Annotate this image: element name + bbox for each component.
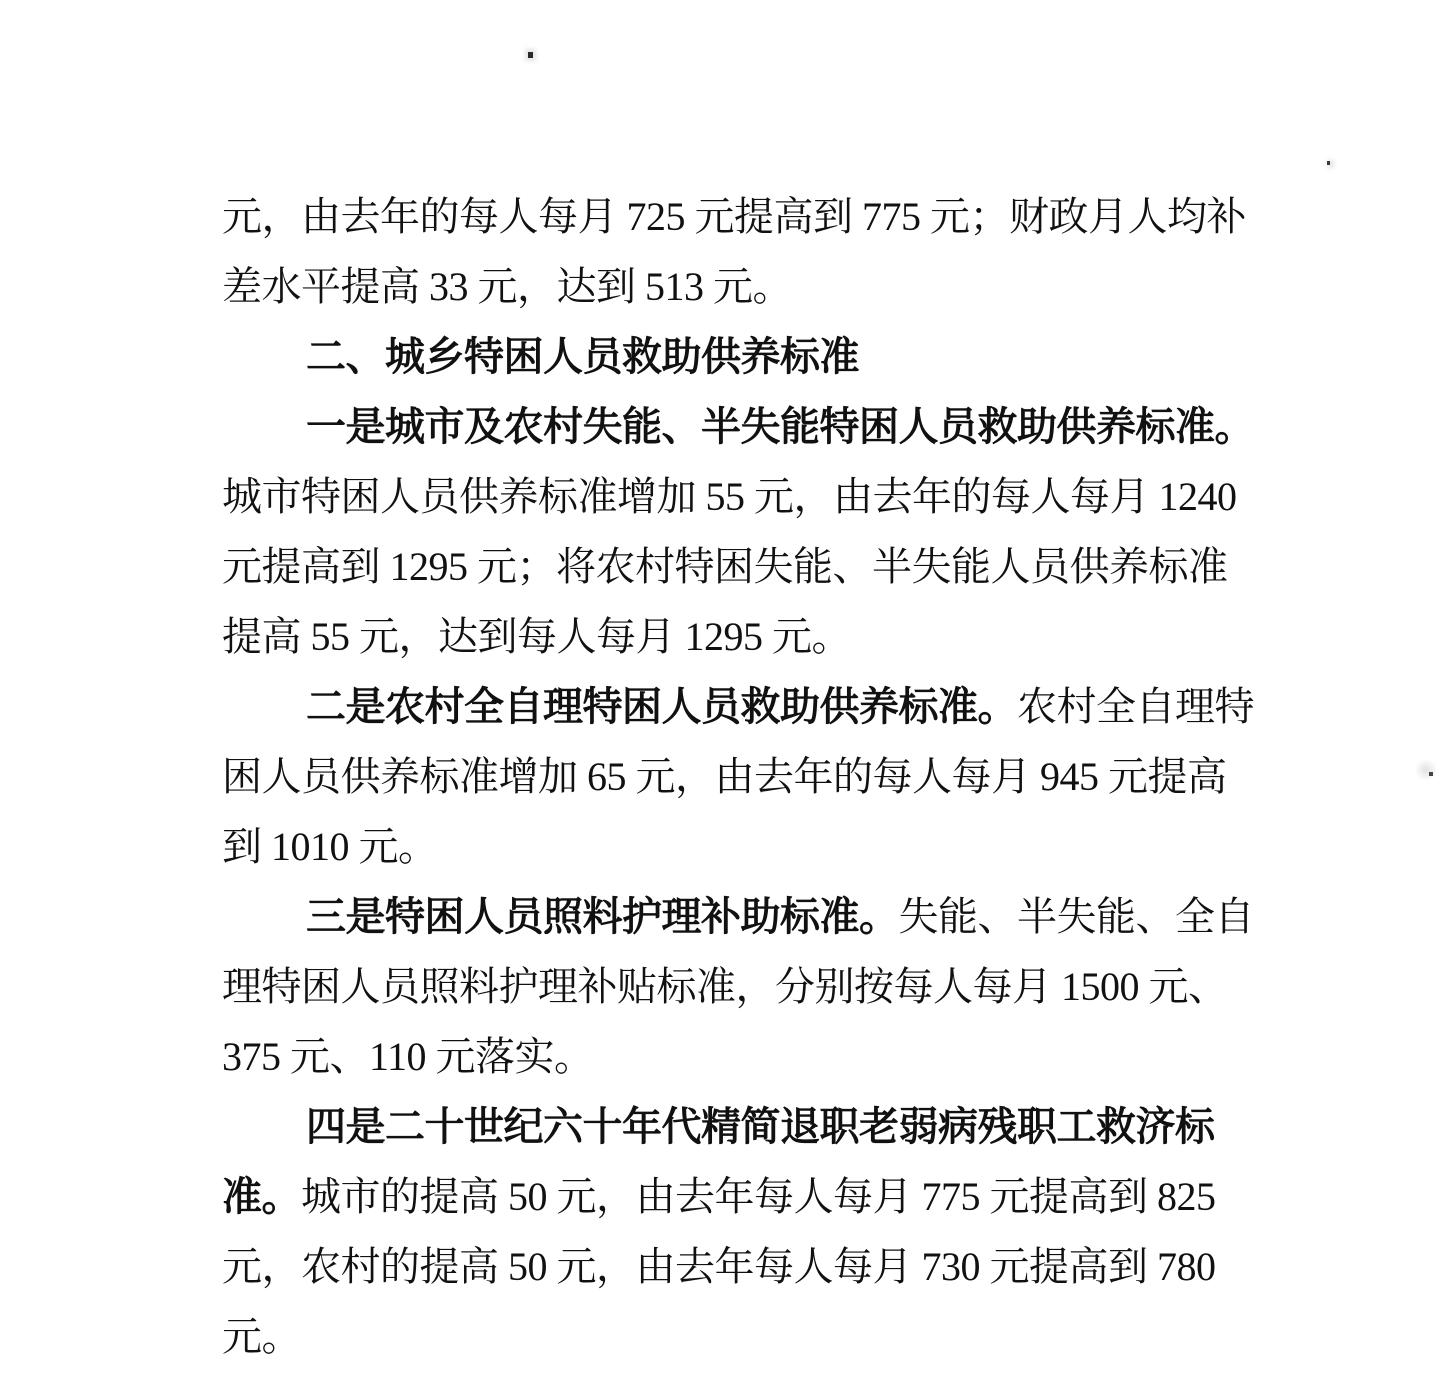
text-segment: 四是二十世纪六十年代精简退职老弱病残职工救济标 <box>306 1105 1215 1149</box>
text-line: 城市特困人员供养标准增加 55 元，由去年的每人每月 1240 <box>222 462 1282 532</box>
text-segment: 困人员供养标准增加 65 元，由去年的每人每月 945 元提高 <box>222 754 1227 799</box>
text-segment: 到 1010 元。 <box>222 824 438 869</box>
text-line: 困人员供养标准增加 65 元，由去年的每人每月 945 元提高 <box>222 742 1282 812</box>
scan-artifact-dot <box>1429 772 1433 776</box>
text-segment: 三是特困人员照料护理补助标准。 <box>306 895 899 939</box>
scan-artifact-smudge <box>1415 760 1437 780</box>
text-segment: 元，农村的提高 50 元，由去年每人每月 730 元提高到 780 <box>222 1244 1216 1289</box>
text-segment: 农村全自理特 <box>1017 684 1254 729</box>
text-segment: 二、城乡特困人员救助供养标准 <box>306 335 859 379</box>
text-line: 元提高到 1295 元；将农村特困失能、半失能人员供养标准 <box>222 532 1282 602</box>
text-segment: 二是农村全自理特困人员救助供养标准。 <box>306 685 1017 729</box>
text-line: 到 1010 元。 <box>222 812 1282 882</box>
text-segment: 城市的提高 50 元，由去年每人每月 775 元提高到 825 <box>301 1174 1216 1219</box>
scan-artifact-dot <box>1327 161 1330 165</box>
text-segment: 失能、半失能、全自 <box>899 894 1255 939</box>
text-segment: 差水平提高 33 元，达到 513 元。 <box>222 264 792 309</box>
document-text-block: 元，由去年的每人每月 725 元提高到 775 元；财政月人均补 差水平提高 3… <box>222 182 1282 1372</box>
text-line: 375 元、110 元落实。 <box>222 1022 1282 1092</box>
text-segment: 375 元、110 元落实。 <box>222 1034 594 1079</box>
text-line: 准。城市的提高 50 元，由去年每人每月 775 元提高到 825 <box>222 1162 1282 1232</box>
text-line: 三是特困人员照料护理补助标准。失能、半失能、全自 <box>222 882 1282 952</box>
document-page: 元，由去年的每人每月 725 元提高到 775 元；财政月人均补 差水平提高 3… <box>0 0 1456 1373</box>
text-line: 差水平提高 33 元，达到 513 元。 <box>222 252 1282 322</box>
scan-artifact-dot <box>528 52 533 58</box>
text-segment: 城市特困人员供养标准增加 55 元，由去年的每人每月 1240 <box>222 474 1237 519</box>
text-line: 元，农村的提高 50 元，由去年每人每月 730 元提高到 780 <box>222 1232 1282 1302</box>
text-line: 四是二十世纪六十年代精简退职老弱病残职工救济标 <box>222 1092 1282 1162</box>
text-segment: 元。 <box>222 1314 301 1359</box>
section-heading: 二、城乡特困人员救助供养标准 <box>222 322 1282 392</box>
text-segment: 准。 <box>222 1175 301 1219</box>
text-segment: 元提高到 1295 元；将农村特困失能、半失能人员供养标准 <box>222 544 1228 589</box>
text-segment: 元，由去年的每人每月 725 元提高到 775 元；财政月人均补 <box>222 194 1246 239</box>
text-line: 理特困人员照料护理补贴标准，分别按每人每月 1500 元、 <box>222 952 1282 1022</box>
text-segment: 提高 55 元，达到每人每月 1295 元。 <box>222 614 851 659</box>
text-line: 二是农村全自理特困人员救助供养标准。农村全自理特 <box>222 672 1282 742</box>
text-segment: 一是城市及农村失能、半失能特困人员救助供养标准。 <box>306 405 1254 449</box>
text-line: 提高 55 元，达到每人每月 1295 元。 <box>222 602 1282 672</box>
text-line: 元。 <box>222 1302 1282 1372</box>
text-segment: 理特困人员照料护理补贴标准，分别按每人每月 1500 元、 <box>222 964 1228 1009</box>
text-line: 元，由去年的每人每月 725 元提高到 775 元；财政月人均补 <box>222 182 1282 252</box>
text-line: 一是城市及农村失能、半失能特困人员救助供养标准。 <box>222 392 1282 462</box>
